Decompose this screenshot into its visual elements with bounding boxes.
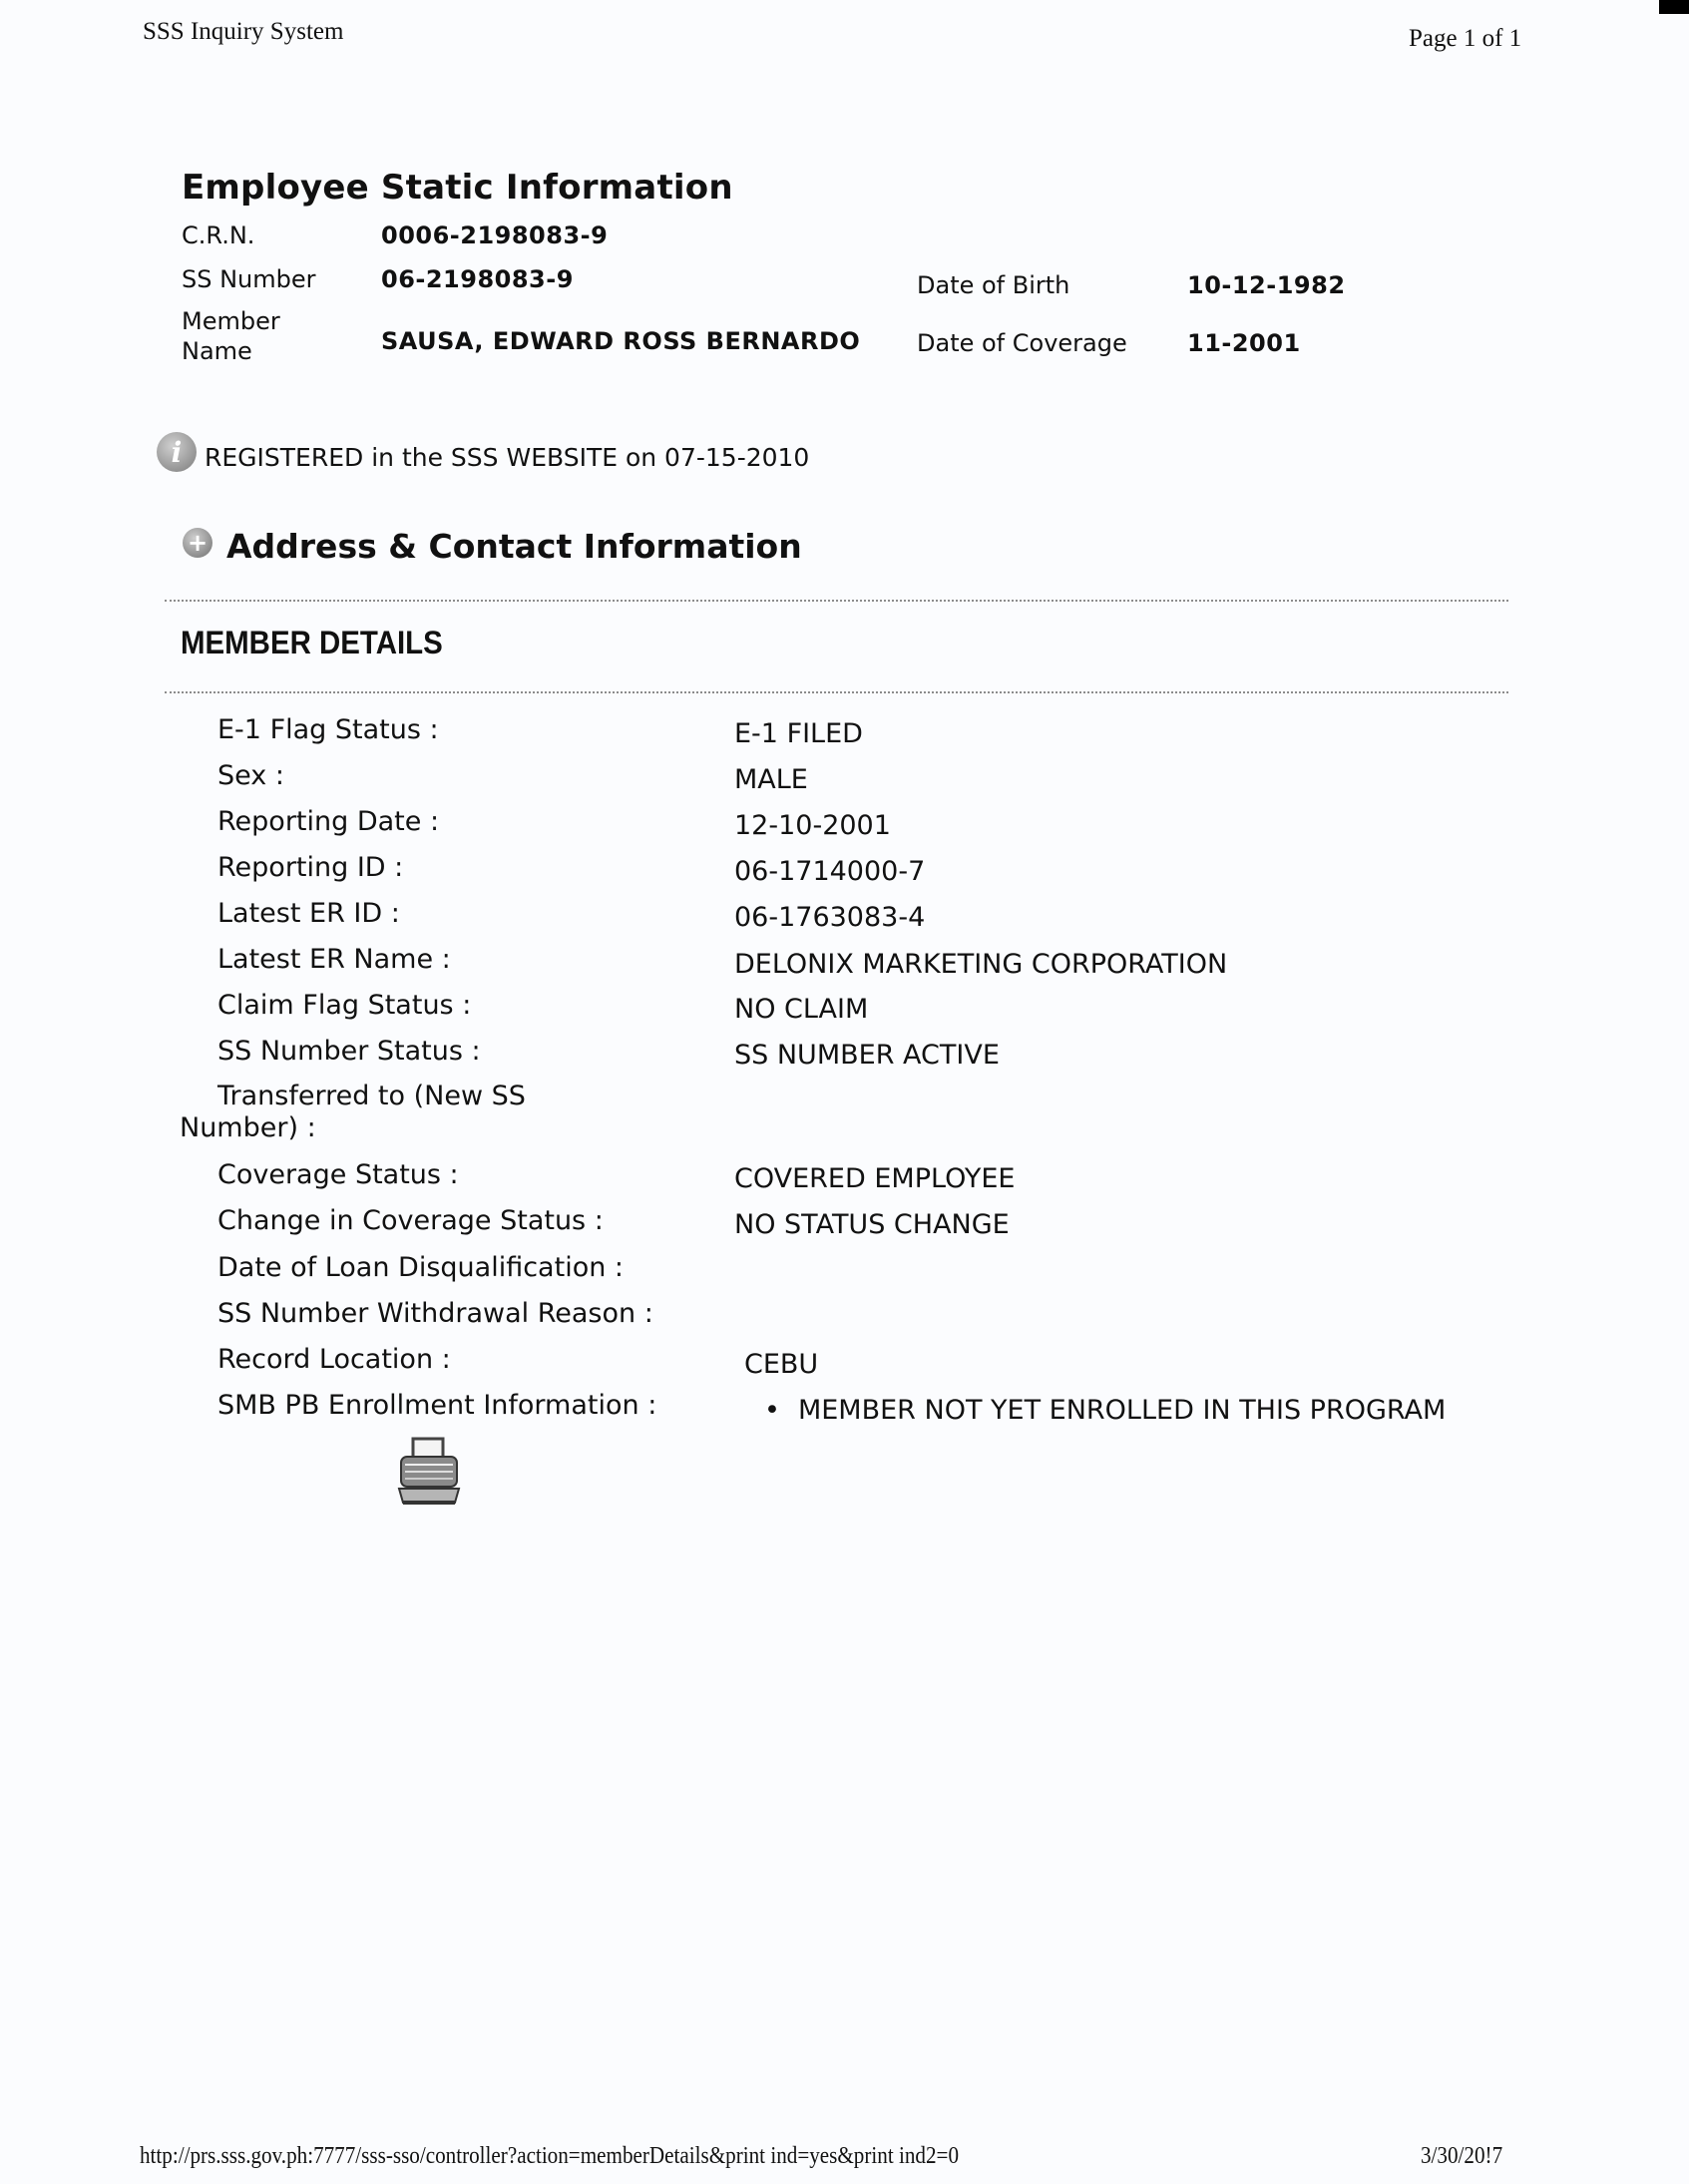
row-value-sex: MALE <box>734 764 808 795</box>
scan-marker <box>1659 0 1689 14</box>
row-label-record-location: Record Location : <box>217 1344 451 1375</box>
row-label-withdrawal-reason: SS Number Withdrawal Reason : <box>217 1298 653 1329</box>
crn-label: C.R.N. <box>182 221 254 249</box>
smb-pb-enrollment-text: MEMBER NOT YET ENROLLED IN THIS PROGRAM <box>798 1395 1446 1426</box>
row-value-latest-er-name: DELONIX MARKETING CORPORATION <box>734 949 1227 980</box>
row-value-record-location: CEBU <box>744 1349 818 1380</box>
member-details-title: MEMBER DETAILS <box>181 625 443 661</box>
app-title: SSS Inquiry System <box>143 18 343 46</box>
footer-date: 3/30/20!7 <box>1421 2143 1502 2170</box>
address-contact-title: Address & Contact Information <box>226 527 802 566</box>
row-label-claim-flag: Claim Flag Status : <box>217 990 471 1021</box>
row-value-reporting-date: 12-10-2001 <box>734 810 891 841</box>
page-indicator: Page 1 of 1 <box>1409 25 1521 53</box>
crn-value: 0006-2198083-9 <box>381 221 608 249</box>
row-label-change-coverage: Change in Coverage Status : <box>217 1205 604 1236</box>
row-value-smb-pb-enrollment: •MEMBER NOT YET ENROLLED IN THIS PROGRAM <box>764 1395 1446 1426</box>
row-label-loan-disqualification: Date of Loan Disqualification : <box>217 1252 624 1283</box>
doc-label: Date of Coverage <box>917 329 1127 357</box>
row-label-transferred-line1: Transferred to (New SS <box>217 1081 526 1111</box>
dob-value: 10-12-1982 <box>1187 271 1346 299</box>
footer-url: http://prs.sss.gov.ph:7777/sss-sso/contr… <box>140 2143 959 2170</box>
ss-number-value: 06-2198083-9 <box>381 265 574 293</box>
registration-text: REGISTERED in the SSS WEBSITE on 07-15-2… <box>205 443 809 472</box>
row-label-reporting-date: Reporting Date : <box>217 806 439 837</box>
info-icon: i <box>157 432 197 472</box>
row-label-latest-er-id: Latest ER ID : <box>217 898 400 929</box>
member-name-value: SAUSA, EDWARD ROSS BERNARDO <box>381 327 860 355</box>
divider <box>165 691 1508 693</box>
row-value-coverage-status: COVERED EMPLOYEE <box>734 1163 1015 1194</box>
bullet: • <box>764 1395 780 1426</box>
ss-number-label: SS Number <box>182 265 316 293</box>
row-label-smb-pb-enrollment: SMB PB Enrollment Information : <box>217 1390 656 1421</box>
registration-notice: i REGISTERED in the SSS WEBSITE on 07-15… <box>157 442 809 472</box>
row-label-sex: Sex : <box>217 760 284 791</box>
row-value-reporting-id: 06-1714000-7 <box>734 856 925 887</box>
member-name-label-line1: Member <box>182 307 280 335</box>
section-title-employee-static: Employee Static Information <box>182 168 733 208</box>
divider <box>165 600 1508 602</box>
member-name-label-line2: Name <box>182 337 252 365</box>
row-label-latest-er-name: Latest ER Name : <box>217 944 451 975</box>
doc-value: 11-2001 <box>1187 329 1301 357</box>
row-label-reporting-id: Reporting ID : <box>217 852 403 883</box>
row-value-ss-number-status: SS NUMBER ACTIVE <box>734 1040 1000 1071</box>
row-value-change-coverage: NO STATUS CHANGE <box>734 1209 1010 1240</box>
address-contact-toggle[interactable]: + Address & Contact Information <box>183 527 802 566</box>
row-label-ss-number-status: SS Number Status : <box>217 1036 481 1067</box>
row-label-e1-flag: E-1 Flag Status : <box>217 714 439 745</box>
printer-icon[interactable] <box>397 1437 461 1507</box>
dob-label: Date of Birth <box>917 271 1069 299</box>
row-value-e1-flag: E-1 FILED <box>734 718 863 749</box>
plus-circle-icon: + <box>183 528 212 558</box>
row-value-claim-flag: NO CLAIM <box>734 994 868 1025</box>
row-label-transferred-line2: Number) : <box>180 1112 316 1143</box>
row-label-coverage-status: Coverage Status : <box>217 1159 459 1190</box>
row-value-latest-er-id: 06-1763083-4 <box>734 902 925 933</box>
